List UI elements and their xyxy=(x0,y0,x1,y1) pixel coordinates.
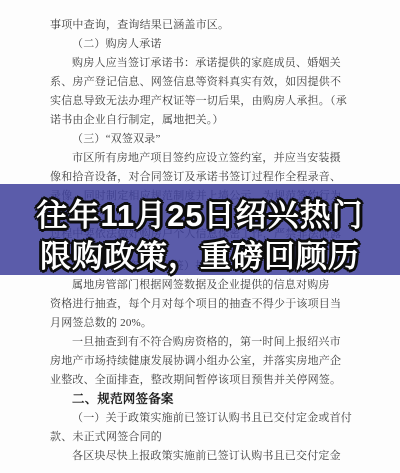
document-line: 事项中查询，查询结果已涵盖市区。 xyxy=(50,16,388,35)
document-line: 实信息导致无法办理产权证等一切后果，由购房人承担。（承 xyxy=(50,92,388,111)
document-line: 市区所有房地产项目签约应设立签约室，并应当安装摄 xyxy=(50,149,388,168)
banner-overlay: 往年11月25日绍兴热门 限购政策，重磅回顾历 xyxy=(0,184,400,275)
document-line: （二）购房人承诺 xyxy=(50,35,388,54)
document-line: 资格进行抽查，每个月对每个项目的抽查不得少于该项目当 xyxy=(50,295,388,314)
banner-title-line2: 限购政策，重磅回顾历 xyxy=(40,236,360,277)
document-line: 购房人应当签订承诺书：承诺提供的家庭成员、婚姻关 xyxy=(50,54,388,73)
document-line: 诺书由企业自行制定，属地把关。） xyxy=(50,111,388,130)
document-line: 系、房产登记信息、网签信息等资料真实有效，如因提供不 xyxy=(50,73,388,92)
document-line: （三）“双签双录” xyxy=(50,130,388,149)
document-line: 二、规范网签备案 xyxy=(50,390,388,409)
document-line: （一）关于政策实施前已签订认购书且已交付定金或首付 xyxy=(50,409,388,428)
document-line: 款、未正式网签合同的 xyxy=(50,428,388,447)
document-line: 业整改、全面排查，整改期间暂停该项目预售并关停网签。 xyxy=(50,371,388,390)
document-line: 属地房管部门根据网签数据及企业提供的信息对购房 xyxy=(50,276,388,295)
banner-title-line1: 往年11月25日绍兴热门 xyxy=(36,195,363,236)
document-line: 房地产市场持续健康发展协调小组办公室，并落实房地产企 xyxy=(50,352,388,371)
document-line: 月网签总数的 20%。 xyxy=(50,314,388,333)
document-line: 一旦抽查到有不符合购房资格的，第一时间上报绍兴市 xyxy=(50,333,388,352)
document-line: 各区块尽快上报政策实施前已签订认购书且已交付定金 xyxy=(50,447,388,466)
